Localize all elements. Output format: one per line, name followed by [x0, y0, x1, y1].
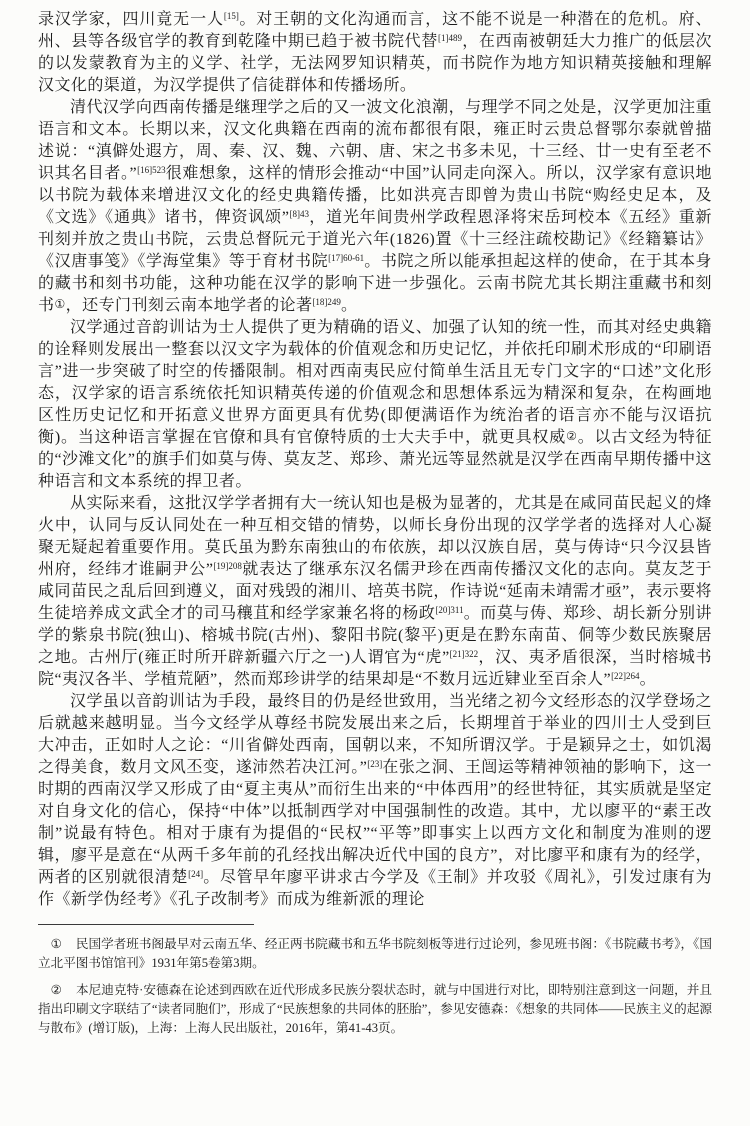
footnote-text: 民国学者班书阁最早对云南五华、经正两书院藏书和五华书院刻板等进行过论列，参见班书…: [38, 937, 712, 970]
citation-ref: [18]249: [312, 297, 341, 307]
body-text: 录汉学家，四川竟无一人[15]。对王朝的文化沟通而言，这不能不说是一种潜在的危机…: [38, 9, 712, 911]
footnote-separator: [38, 924, 254, 925]
document-page: 录汉学家，四川竟无一人[15]。对王朝的文化沟通而言，这不能不说是一种潜在的危机…: [0, 0, 750, 1126]
footnote-marker: ①: [51, 937, 62, 951]
paragraph: 录汉学家，四川竟无一人[15]。对王朝的文化沟通而言，这不能不说是一种潜在的危机…: [38, 9, 712, 97]
paragraph: 从实际来看，这批汉学学者拥有大一统认知也是极为显著的，尤其是在咸同苗民起义的烽火…: [38, 493, 712, 691]
citation-ref: [8]43: [289, 209, 309, 219]
footnote: ①民国学者班书阁最早对云南五华、经正两书院藏书和五华书院刻板等进行过论列，参见班…: [38, 935, 712, 973]
citation-ref: [21]322: [450, 649, 479, 659]
paragraph: 汉学通过音韵训诂为士人提供了更为精确的语义、加强了认知的统一性，而其对经史典籍的…: [38, 317, 712, 493]
footnote-ref: ①: [54, 297, 65, 311]
paragraph: 汉学虽以音韵训诂为手段，最终目的仍是经世致用，当光绪之初今文经形态的汉学登场之后…: [38, 691, 712, 911]
citation-ref: [15]: [224, 11, 239, 21]
paragraph: 清代汉学向西南传播是继理学之后的又一波文化浪潮，与理学不同之处是，汉学更加注重语…: [38, 97, 712, 317]
footnote-marker: ②: [51, 983, 62, 997]
citation-ref: [24]: [188, 869, 203, 879]
citation-ref: [22]264: [611, 671, 640, 681]
citation-ref: [1]489: [438, 33, 462, 43]
footnotes: ①民国学者班书阁最早对云南五华、经正两书院藏书和五华书院刻板等进行过论列，参见班…: [38, 935, 712, 1038]
footnote: ②本尼迪克特·安德森在论述到西欧在近代形成多民族分裂状态时，就与中国进行对比，即…: [38, 981, 712, 1038]
citation-ref: [19]208: [213, 561, 242, 571]
citation-ref: [23]: [367, 759, 382, 769]
citation-ref: [20]311: [435, 605, 463, 615]
citation-ref: [17]60-61: [328, 253, 364, 263]
footnote-text: 本尼迪克特·安德森在论述到西欧在近代形成多民族分裂状态时，就与中国进行对比，即特…: [38, 983, 712, 1035]
citation-ref: [16]523: [137, 165, 166, 175]
footnote-ref: ②: [566, 429, 578, 443]
